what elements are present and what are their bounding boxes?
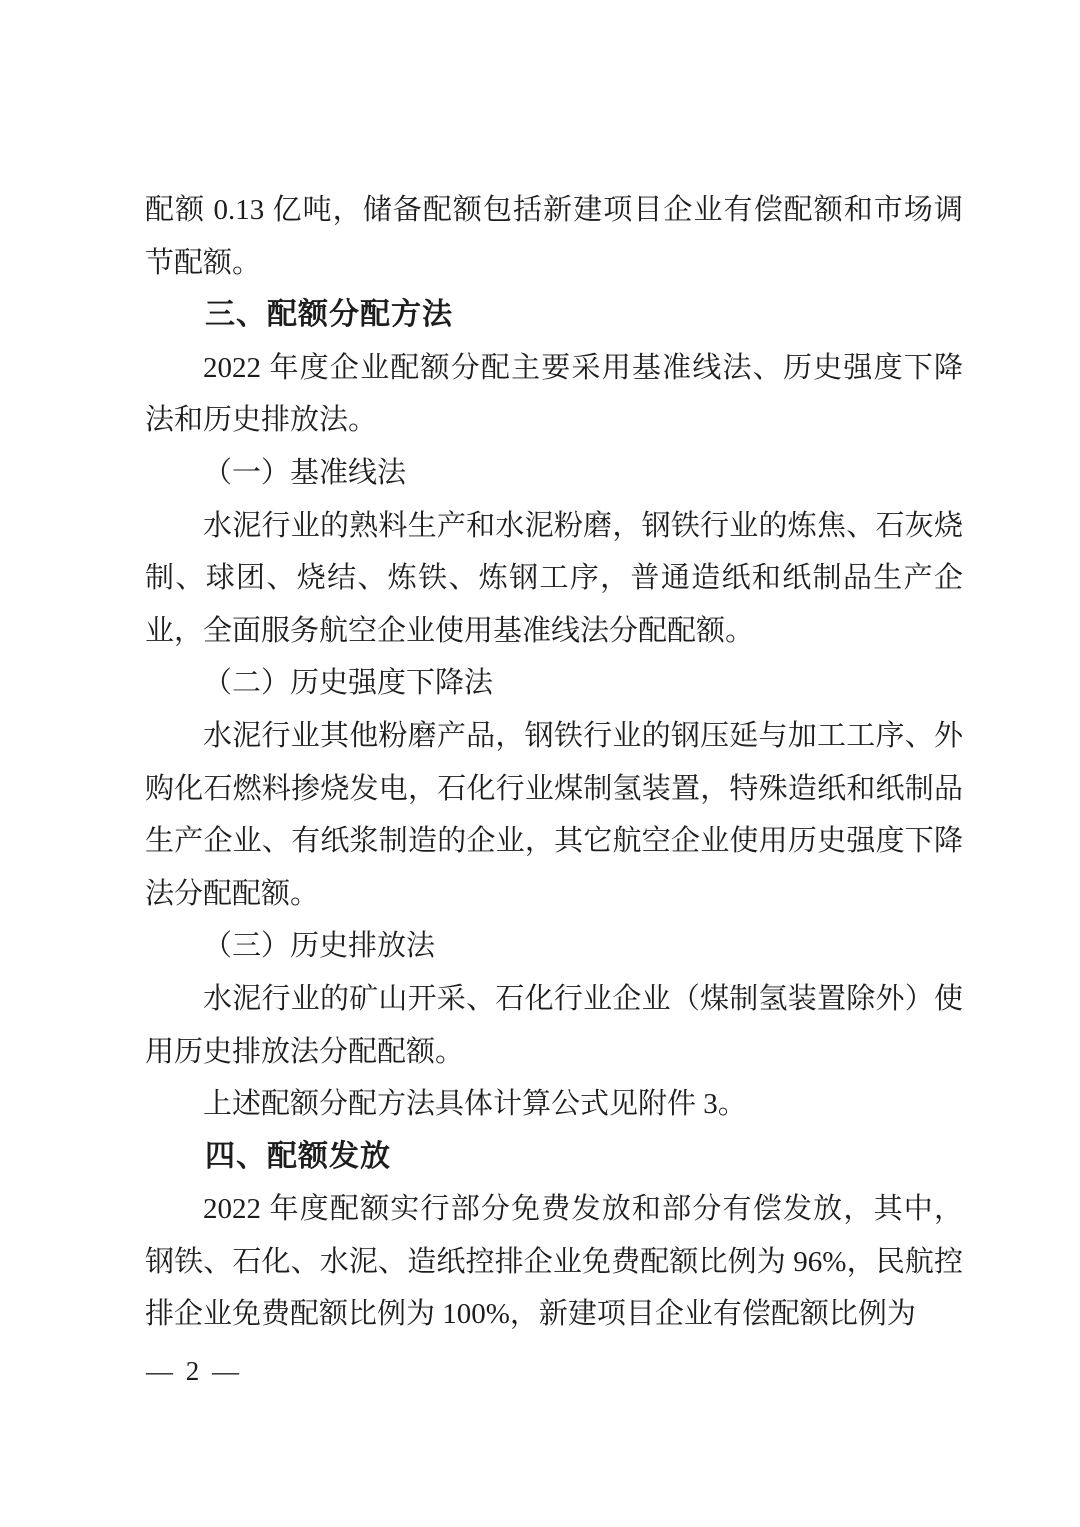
page-number: — 2 —: [146, 1356, 242, 1386]
subheading-1: （一）基准线法: [145, 447, 963, 500]
subheading-3: （三）历史排放法: [145, 920, 963, 973]
paragraph: 上述配额分配方法具体计算公式见附件 3。: [145, 1078, 963, 1131]
paragraph-continuation: 配额 0.13 亿吨，储备配额包括新建项目企业有偿配额和市场调节配额。: [145, 184, 963, 289]
paragraph: 水泥行业其他粉磨产品，钢铁行业的钢压延与加工工序、外购化石燃料掺烧发电，石化行业…: [145, 710, 963, 920]
document-page: 配额 0.13 亿吨，储备配额包括新建项目企业有偿配额和市场调节配额。 三、配额…: [0, 0, 1080, 1527]
section-heading-3: 三、配额分配方法: [145, 289, 963, 342]
document-body: 配额 0.13 亿吨，储备配额包括新建项目企业有偿配额和市场调节配额。 三、配额…: [145, 184, 963, 1341]
paragraph: 水泥行业的矿山开采、石化行业企业（煤制氢装置除外）使用历史排放法分配配额。: [145, 973, 963, 1078]
page-footer: — 2 —: [146, 1356, 242, 1387]
subheading-2: （二）历史强度下降法: [145, 657, 963, 710]
paragraph: 水泥行业的熟料生产和水泥粉磨，钢铁行业的炼焦、石灰烧制、球团、烧结、炼铁、炼钢工…: [145, 500, 963, 658]
paragraph: 2022 年度企业配额分配主要采用基准线法、历史强度下降法和历史排放法。: [145, 342, 963, 447]
paragraph: 2022 年度配额实行部分免费发放和部分有偿发放，其中，钢铁、石化、水泥、造纸控…: [145, 1183, 963, 1341]
section-heading-4: 四、配额发放: [145, 1131, 963, 1184]
